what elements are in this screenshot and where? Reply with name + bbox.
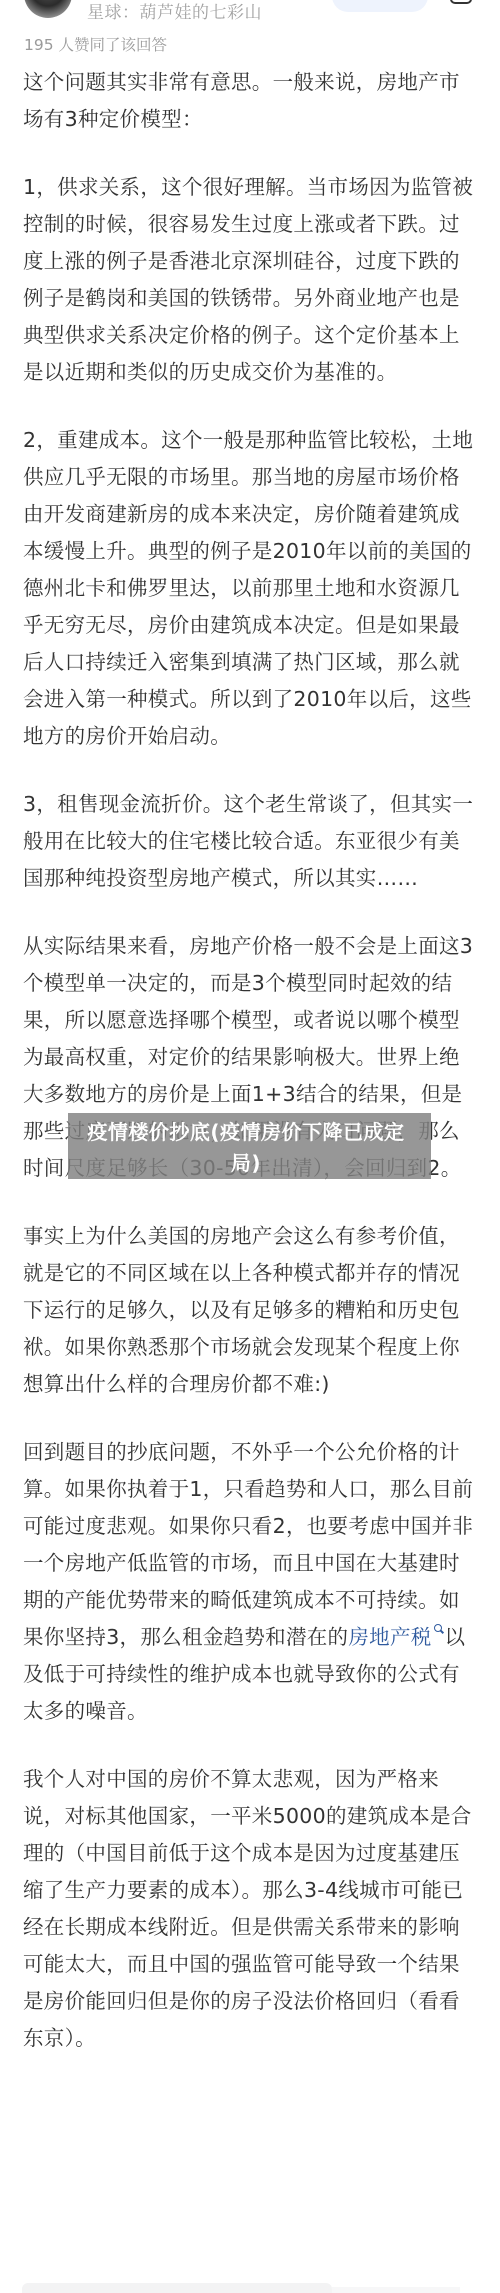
- follow-button[interactable]: [332, 0, 428, 12]
- more-icon[interactable]: [450, 0, 472, 4]
- paragraph: 这个问题其实非常有意思。一般来说，房地产市场有3种定价模型：: [23, 64, 478, 138]
- answer-body: 这个问题其实非常有意思。一般来说，房地产市场有3种定价模型： 1，供求关系，这个…: [23, 64, 478, 2088]
- bottom-card-edge: [332, 2287, 460, 2293]
- property-tax-link[interactable]: 房地产税: [348, 1625, 431, 1649]
- paragraph: 事实上为什么美国的房地产会这么有参考价值，就是它的不同区域在以上各种模式都并存的…: [23, 1218, 478, 1403]
- author-row: 星球：葫芦娃的七彩山: [0, 0, 500, 20]
- vote-count: 195 人赞同了该回答: [24, 33, 167, 55]
- paragraph: 3，租售现金流折价。这个老生常谈了，但其实一般用在比较大的住宅楼比较合适。东亚很…: [23, 786, 478, 897]
- paragraph-text: 回到题目的抄底问题，不外乎一个公允价格的计算。如果你执着于1，只看趋势和人口，那…: [23, 1440, 473, 1649]
- overlay-title: 疫情楼价抄底(疫情房价下降已成定局): [76, 1117, 416, 1179]
- author-meta: 星球：葫芦娃的七彩山: [87, 0, 262, 23]
- paragraph: 1，供求关系，这个很好理解。当市场因为监管被控制的时候，很容易发生过度上涨或者下…: [23, 169, 478, 391]
- paragraph: 2，重建成本。这个一般是那种监管比较松，土地供应几乎无限的市场里。那当地的房屋市…: [23, 422, 478, 755]
- paragraph: 回到题目的抄底问题，不外乎一个公允价格的计算。如果你执着于1，只看趋势和人口，那…: [23, 1434, 478, 1730]
- paragraph: 我个人对中国的房价不算太悲观，因为严格来说，对标其他国家，一平米5000的建筑成…: [23, 1761, 478, 2057]
- search-icon[interactable]: [434, 1624, 442, 1632]
- avatar[interactable]: [24, 0, 72, 18]
- bottom-card[interactable]: [22, 2283, 332, 2293]
